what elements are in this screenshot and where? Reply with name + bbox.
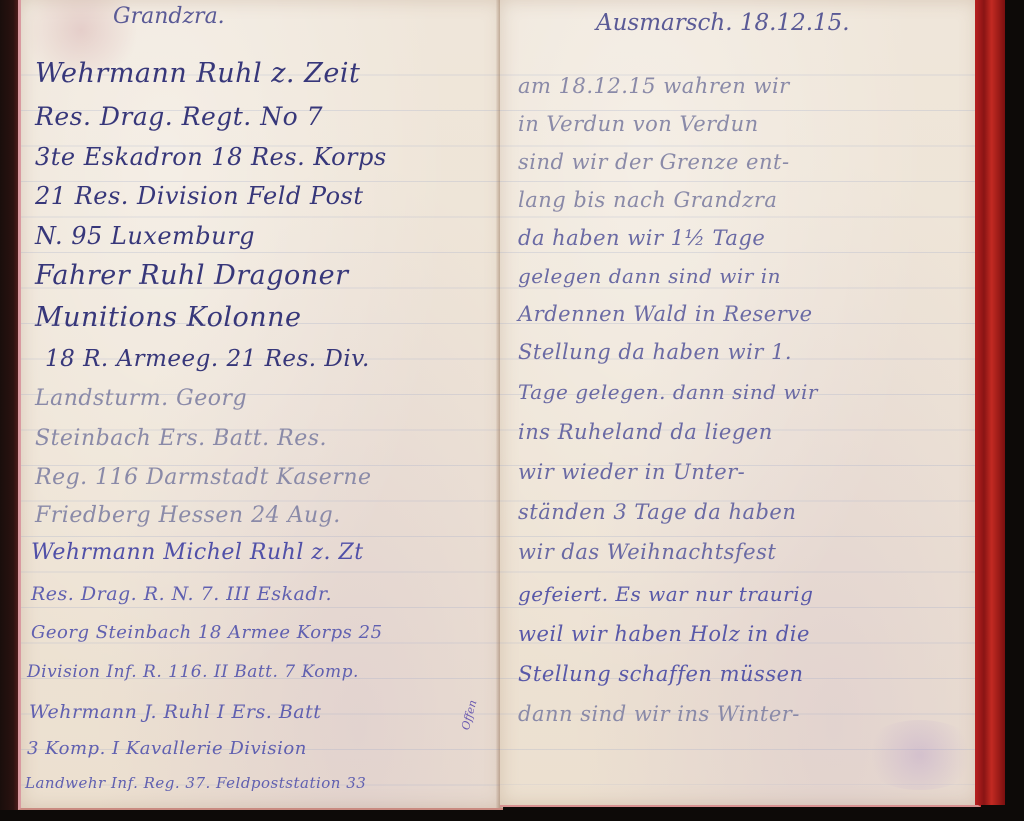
right-page: Ausmarsch. 18.12.15. am 18.12.15 wahren … xyxy=(500,0,981,807)
text-line: Res. Drag. Regt. No 7 xyxy=(35,102,323,131)
text-line: Landsturm. Georg xyxy=(35,386,247,411)
text-line: Steinbach Ers. Batt. Res. xyxy=(35,426,327,451)
text-line: lang bis nach Grandzra xyxy=(518,188,777,212)
text-line: Munitions Kolonne xyxy=(35,302,301,333)
text-line: Landwehr Inf. Reg. 37. Feldpoststation 3… xyxy=(25,774,366,792)
left-page: Grandzra. Wehrmann Ruhl z. Zeit Res. Dra… xyxy=(18,0,503,810)
paper-stain xyxy=(860,720,980,790)
text-line: ständen 3 Tage da haben xyxy=(518,500,796,524)
text-line: wir wieder in Unter- xyxy=(518,460,745,484)
text-line: ins Ruheland da liegen xyxy=(518,420,773,444)
text-line: 21 Res. Division Feld Post xyxy=(35,182,364,210)
book-cover-right-edge xyxy=(975,0,1005,805)
text-line: Ardennen Wald in Reserve xyxy=(518,302,813,326)
text-line: wir das Weihnachtsfest xyxy=(518,540,776,564)
text-line: Tage gelegen. dann sind wir xyxy=(518,380,818,404)
text-line: am 18.12.15 wahren wir xyxy=(518,74,790,98)
text-line: dann sind wir ins Winter- xyxy=(518,702,800,726)
text-line: 18 R. Armeeg. 21 Res. Div. xyxy=(45,346,370,372)
text-line: N. 95 Luxemburg xyxy=(35,222,255,250)
open-notebook: Grandzra. Wehrmann Ruhl z. Zeit Res. Dra… xyxy=(0,0,1024,821)
text-line: Res. Drag. R. N. 7. III Eskadr. xyxy=(31,583,332,605)
text-line: Friedberg Hessen 24 Aug. xyxy=(35,503,341,528)
text-line: sind wir der Grenze ent- xyxy=(518,150,790,174)
right-page-heading: Ausmarsch. 18.12.15. xyxy=(596,10,850,36)
text-line: Wehrmann Ruhl z. Zeit xyxy=(35,58,360,89)
text-line: Wehrmann Michel Ruhl z. Zt xyxy=(31,540,364,565)
text-line: weil wir haben Holz in die xyxy=(518,622,810,646)
text-line: gelegen dann sind wir in xyxy=(518,264,781,288)
text-line: Georg Steinbach 18 Armee Korps 25 xyxy=(31,622,383,643)
text-line: gefeiert. Es war nur traurig xyxy=(518,582,813,606)
text-line: Division Inf. R. 116. II Batt. 7 Komp. xyxy=(27,662,359,682)
text-line: Reg. 116 Darmstadt Kaserne xyxy=(35,465,372,490)
text-line: Stellung da haben wir 1. xyxy=(518,340,792,364)
text-line: Fahrer Ruhl Dragoner xyxy=(35,260,349,291)
left-page-heading: Grandzra. xyxy=(113,4,225,29)
text-line: 3te Eskadron 18 Res. Korps xyxy=(35,143,387,171)
text-line: in Verdun von Verdun xyxy=(518,112,759,136)
text-line: Wehrmann J. Ruhl I Ers. Batt xyxy=(29,701,321,723)
text-line: Stellung schaffen müssen xyxy=(518,662,804,686)
text-line: da haben wir 1½ Tage xyxy=(518,226,765,250)
text-line: 3 Komp. I Kavallerie Division xyxy=(27,738,307,759)
